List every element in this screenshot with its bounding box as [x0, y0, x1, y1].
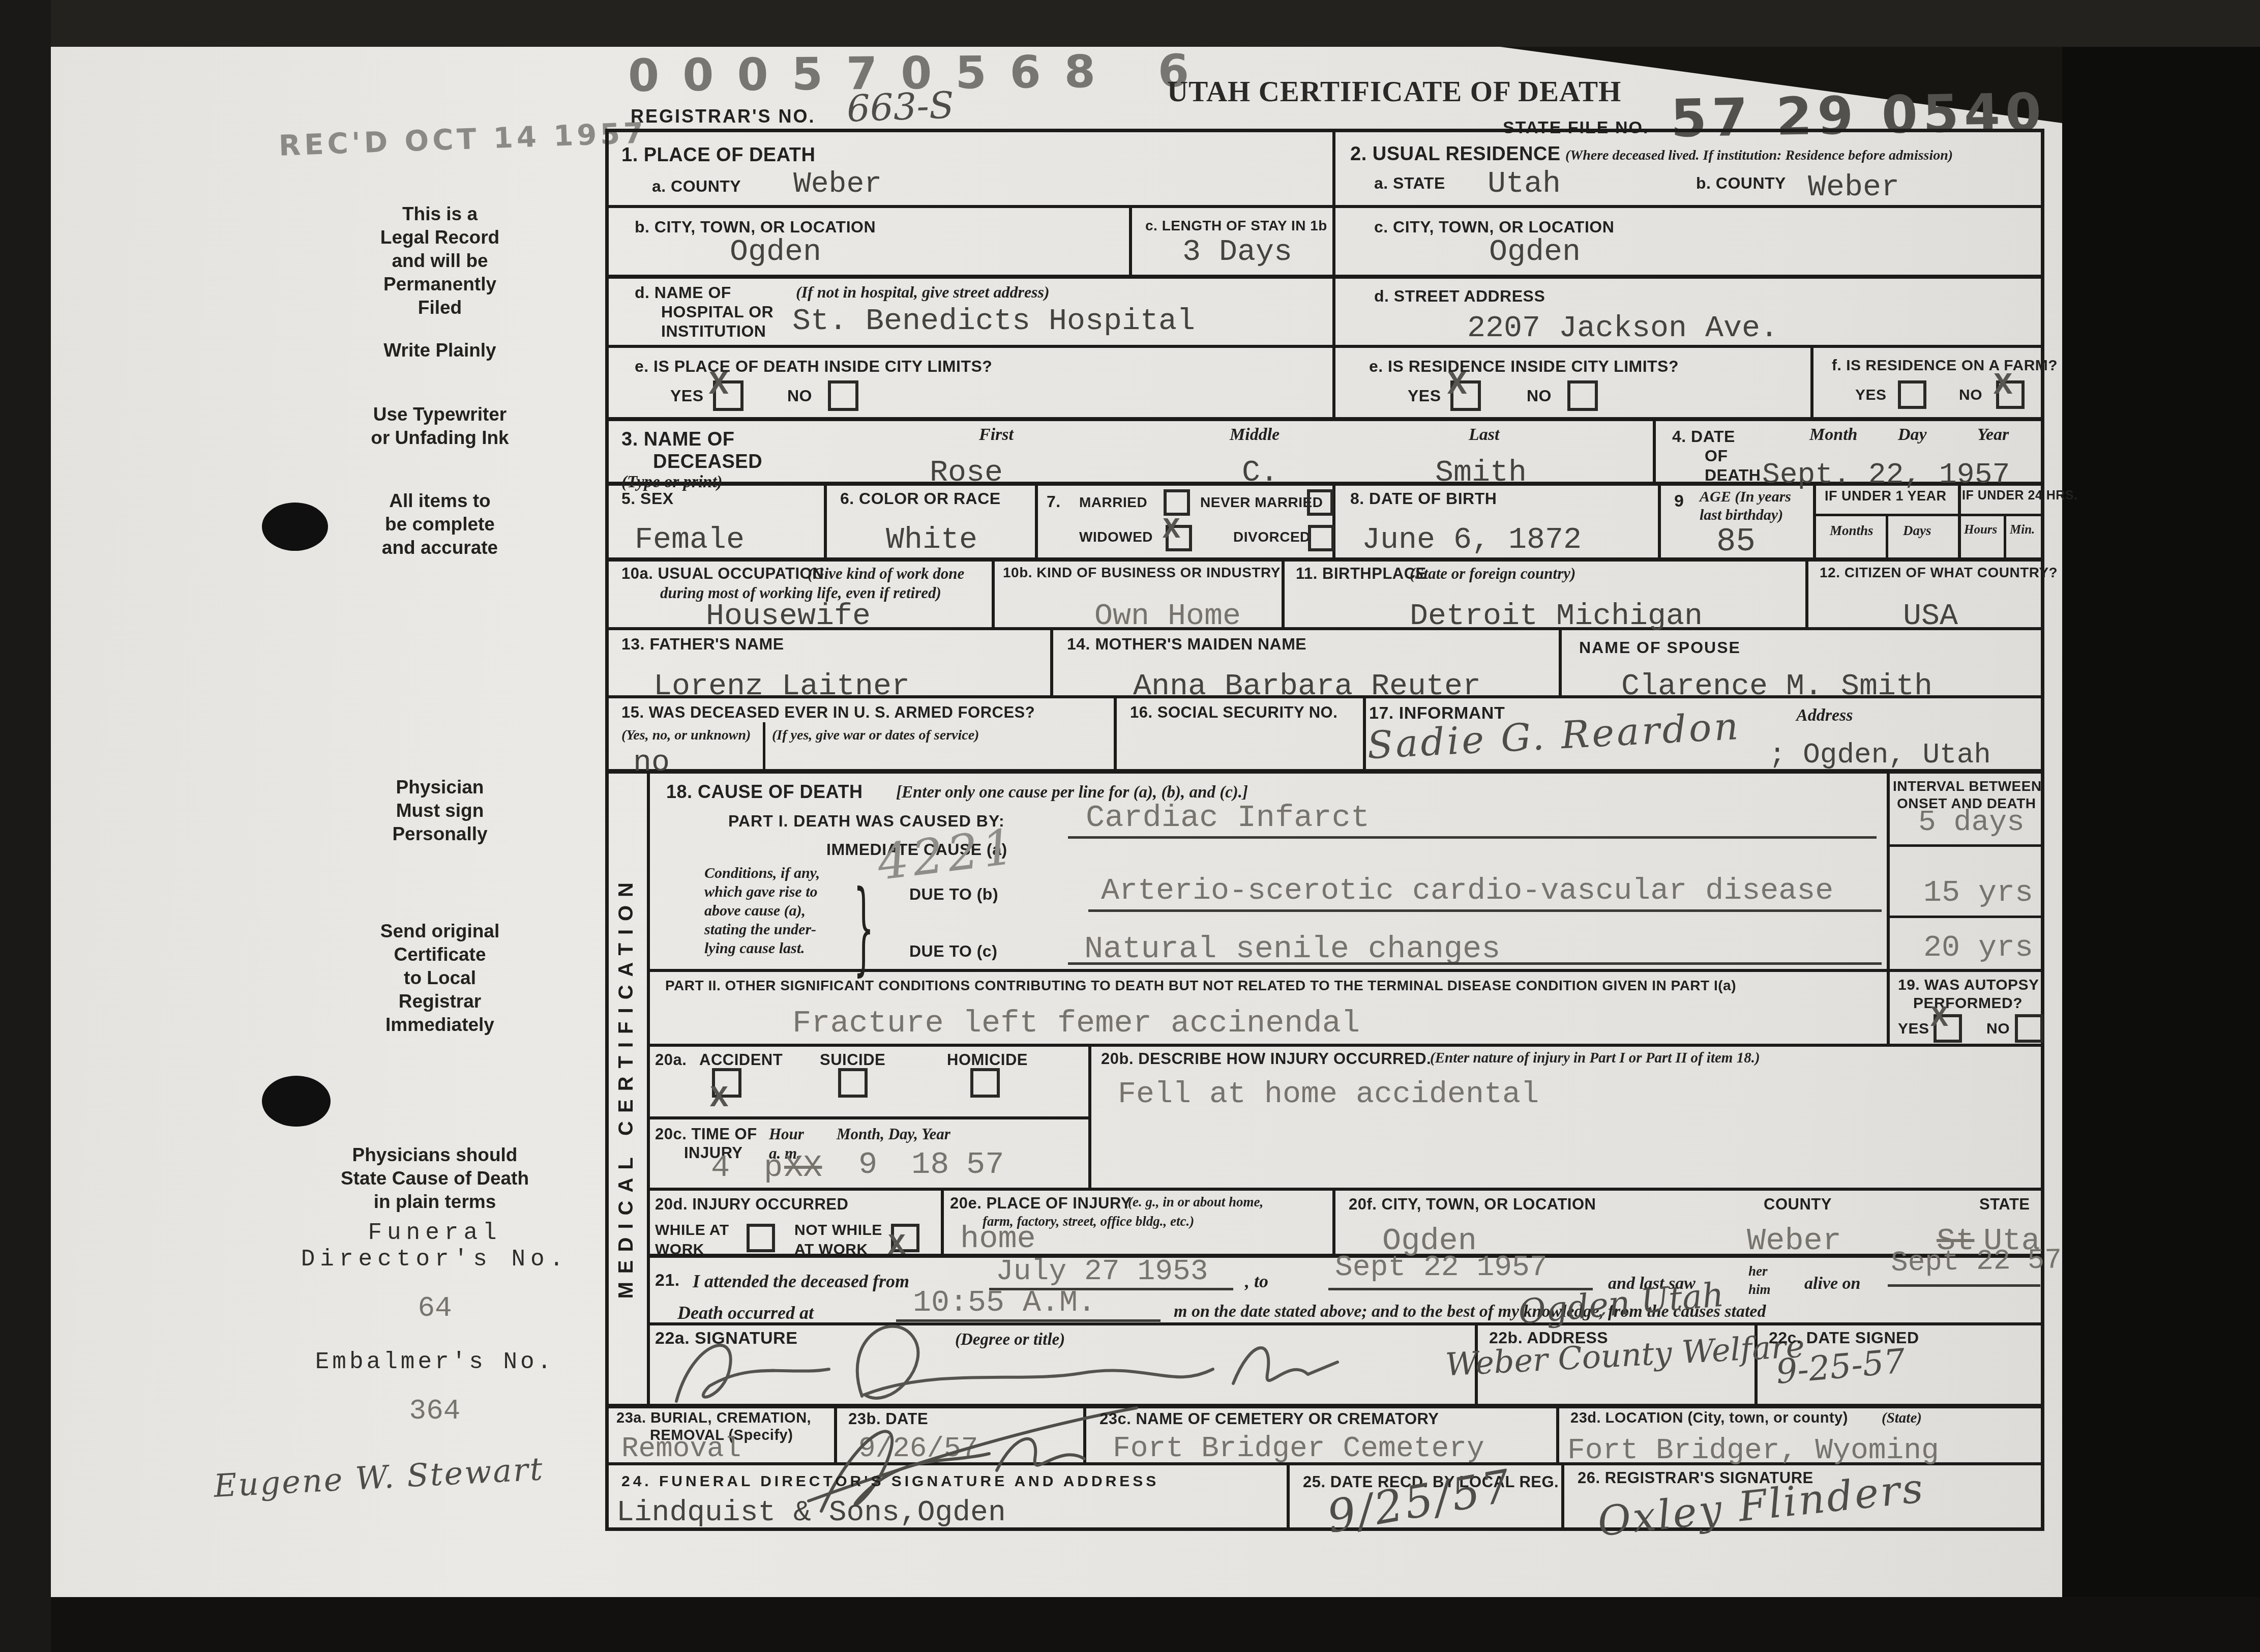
field-20f-label: 20f. CITY, TOWN, OR LOCATION [1349, 1195, 1596, 1214]
rule-line [1068, 836, 1877, 839]
state-label: STATE [1979, 1195, 2030, 1214]
checkbox-homicide [970, 1068, 1000, 1098]
last-name-label: Last [1469, 425, 1499, 445]
note-line: stating the under- [704, 920, 862, 939]
grid-line [647, 1044, 2044, 1047]
field-19-label: 19. WAS AUTOPSY [1898, 977, 2039, 994]
no-label: NO [787, 387, 812, 405]
checkbox-while-at-work [747, 1224, 775, 1252]
injury-ampm-value: p [764, 1149, 783, 1186]
no-label: NO [1986, 1020, 2010, 1038]
no-label: NO [1959, 387, 1982, 404]
month-label: Month [1809, 425, 1858, 445]
no-label: NO [1527, 387, 1552, 405]
months-label: Months [1830, 523, 1874, 539]
married-label: MARRIED [1079, 494, 1147, 511]
funeral-directors-no-label: Funeral Director's No. [257, 1220, 613, 1273]
margin-line: Legal Record [277, 226, 603, 249]
last-saw-value: Sept 22 57 [1890, 1244, 2062, 1279]
field-2c-value: Ogden [1489, 235, 1581, 270]
her-label: her [1748, 1263, 1768, 1279]
x-mark-widowed: X [1163, 514, 1180, 547]
x-mark-2f-no: X [1994, 367, 2012, 403]
grid-line [1813, 482, 1816, 557]
checkbox-divorced [1308, 525, 1334, 551]
field-20c-label: 20c. TIME OF [655, 1125, 757, 1143]
field-20e-value: home [960, 1221, 1036, 1257]
grid-line [1363, 695, 1366, 769]
interval-a-value: 5 days [1918, 806, 2025, 839]
field-23d-state-note: (State) [1882, 1410, 1922, 1427]
rule-line [1888, 1284, 2040, 1287]
x-mark-1e-yes: X [709, 367, 728, 404]
field-1d-value: St. Benedicts Hospital [792, 304, 1195, 339]
margin-line: Send original [277, 920, 603, 943]
scan-border-right [2062, 0, 2260, 1652]
suicide-label: SUICIDE [820, 1051, 885, 1069]
field-11-note: (State or foreign country) [1410, 565, 1575, 583]
while-at-work-label: WHILE AT [655, 1222, 729, 1239]
not-while-at-work-label: NOT WHILE [794, 1222, 882, 1239]
rule-line [1068, 962, 1882, 965]
field-1a-label: a. COUNTY [652, 177, 741, 196]
grid-line [1050, 627, 1053, 695]
field-2f-label: f. IS RESIDENCE ON A FARM? [1832, 357, 2058, 374]
cause-a-value: Cardiac Infarct [1086, 800, 1370, 836]
x-mark-19-yes: X [1930, 1002, 1948, 1035]
injury-month-value: 9 [858, 1146, 877, 1183]
field-20e-note: (e. g., in or about home, [1128, 1194, 1263, 1210]
grid-line [605, 345, 2044, 348]
field-2d-value: 2207 Jackson Ave. [1467, 311, 1778, 346]
registrars-no-value: 663-S [846, 83, 955, 130]
label-line: d. NAME OF [635, 283, 774, 302]
never-married-label: NEVER MARRIED [1200, 494, 1323, 511]
hour-label: Hour [769, 1125, 804, 1143]
grid-line [1810, 345, 1813, 417]
field-10a-note: (Give kind of work done [808, 565, 964, 583]
margin-all-items: All items to be complete and accurate [277, 489, 603, 559]
field-10b-value: Own Home [1094, 599, 1241, 634]
days-label: Days [1903, 523, 1931, 539]
yes-label: YES [670, 387, 704, 405]
grid-line [647, 769, 650, 1404]
field-20f-county-value: Weber [1747, 1223, 1841, 1259]
note-line: lying cause last. [704, 939, 862, 958]
grid-line [647, 1116, 1088, 1119]
margin-write-plainly: Write Plainly [277, 340, 603, 361]
margin-line: Physician [277, 776, 603, 799]
field-2-title: 2. USUAL RESIDENCE [1350, 143, 1561, 165]
injury-hour-value: 4 [711, 1149, 730, 1186]
grid-line [1114, 695, 1117, 769]
grid-line [1556, 1404, 1559, 1462]
field-10b-label: 10b. KIND OF BUSINESS OR INDUSTRY [1003, 565, 1281, 581]
field-2d-label: d. STREET ADDRESS [1374, 287, 1545, 306]
field-14-value: Anna Barbara Reuter [1133, 669, 1481, 704]
field-23d-label: 23d. LOCATION (City, town, or county) [1570, 1410, 1848, 1427]
checkbox-suicide [838, 1068, 868, 1098]
margin-line: Immediately [277, 1013, 603, 1037]
part2-label: PART II. OTHER SIGNIFICANT CONDITIONS CO… [665, 978, 1736, 994]
margin-line: Registrar [277, 990, 603, 1013]
margin-line: Certificate [277, 943, 603, 966]
field-4-label: 4. DATE [1672, 427, 1735, 446]
medical-certification-label: MEDICAL CERTIFICATION [615, 874, 638, 1299]
margin-line: Director's No. [257, 1246, 613, 1273]
field-13-value: Lorenz Laitner [653, 669, 910, 704]
checkbox-2e-no [1567, 380, 1598, 411]
not-while-at-work-label: AT WORK [794, 1241, 868, 1258]
field-12-label: 12. CITIZEN OF WHAT COUNTRY? [1820, 565, 2058, 581]
grid-line [824, 482, 827, 557]
grid-line [2004, 514, 2006, 557]
scanned-death-certificate: 000570568 6 REC'D OCT 14 1957 REGISTRAR'… [0, 0, 2260, 1652]
field-2a-label: a. STATE [1374, 174, 1445, 193]
field-10a-value: Housewife [706, 599, 871, 634]
document-title: UTAH CERTIFICATE OF DEATH [1167, 75, 1621, 108]
margin-line: Physicians should [257, 1143, 613, 1167]
field-1d-note: (If not in hospital, give street address… [796, 283, 1050, 302]
field-3-last-value: Smith [1435, 456, 1527, 490]
margin-line: and will be [277, 249, 603, 273]
note-line: Conditions, if any, [704, 864, 862, 882]
field-2b-label: b. COUNTY [1696, 174, 1786, 193]
margin-line: Permanently [277, 273, 603, 296]
label-line: INSTITUTION [635, 321, 774, 341]
checkbox-never-married [1307, 489, 1333, 516]
field-20b-note: (Enter nature of injury in Part I or Par… [1430, 1050, 1760, 1067]
attended-to-label: , to [1245, 1271, 1268, 1292]
funeral-directors-no-value: 64 [257, 1292, 613, 1324]
homicide-label: HOMICIDE [947, 1051, 1028, 1069]
field-15-note1: (Yes, no, or unknown) [621, 727, 751, 744]
field-1c-label: c. LENGTH OF STAY IN 1b [1145, 218, 1327, 234]
checkbox-2f-yes [1898, 380, 1926, 409]
field-23d-value: Fort Bridger, Wyoming [1567, 1434, 1939, 1467]
grid-line [1561, 1462, 1564, 1531]
alive-on-label: alive on [1804, 1274, 1860, 1293]
grid-line [1653, 417, 1656, 482]
interval-label: INTERVAL BETWEEN [1893, 778, 2042, 794]
spouse-value: Clarence M. Smith [1621, 669, 1932, 704]
margin-line: Funeral [257, 1220, 613, 1246]
interval-c-value: 20 yrs [1923, 931, 2033, 965]
margin-line: or Unfading Ink [277, 426, 603, 450]
field-13-label: 13. FATHER'S NAME [621, 635, 784, 654]
cause-b-value: Arterio-scerotic cardio-vascular disease [1101, 874, 1833, 908]
field-6-value: White [886, 523, 977, 557]
divorced-label: DIVORCED [1233, 529, 1311, 545]
label-line: 3. NAME OF [621, 428, 762, 451]
field-1a-value: Weber [793, 168, 882, 201]
field-19-label: PERFORMED? [1913, 995, 2023, 1012]
field-11-value: Detroit Michigan [1410, 599, 1703, 634]
note-line: above cause (a), [704, 901, 862, 920]
informant-address-value: ; Ogden, Utah [1769, 739, 1991, 771]
field-7-num: 7. [1047, 492, 1061, 511]
field-15-label: 15. WAS DECEASED EVER IN U. S. ARMED FOR… [621, 703, 1035, 722]
margin-line: Filed [277, 296, 603, 319]
grid-line [941, 1188, 944, 1254]
injury-day-value: 18 [911, 1146, 949, 1183]
field-10a-label: 10a. USUAL OCCUPATION [621, 565, 824, 583]
margin-legal-record-note: This is a Legal Record and will be Perma… [277, 202, 603, 319]
field-1c-value: 3 Days [1182, 235, 1292, 270]
field-23a-value: Removal [621, 1432, 741, 1465]
year-label: Year [1977, 425, 2009, 445]
field-15-note2: (If yes, give war or dates of service) [772, 727, 979, 744]
checkbox-1e-no [828, 380, 858, 411]
scan-border-bottom [0, 1597, 2260, 1652]
x-mark-2e-yes: X [1447, 367, 1467, 404]
grid-line [1886, 514, 1888, 557]
attended-from-value: July 27 1953 [996, 1255, 1208, 1288]
widowed-label: WIDOWED [1079, 529, 1153, 545]
grid-line [1958, 482, 1961, 557]
accident-label: ACCIDENT [699, 1051, 783, 1069]
grid-line [1805, 557, 1808, 627]
grid-line [1287, 1462, 1290, 1531]
note-line: which gave rise to [704, 882, 862, 901]
field-1-title: 1. PLACE OF DEATH [621, 144, 816, 166]
grid-line [1887, 769, 1890, 1044]
margin-line: Personally [277, 822, 603, 846]
rule-line [1088, 909, 1882, 912]
margin-line: Must sign [277, 799, 603, 822]
field-24-value: Lindquist & Sons,Ogden [616, 1496, 1006, 1529]
grid-line [992, 557, 995, 627]
him-label: him [1748, 1282, 1771, 1297]
grid-line [605, 205, 2044, 208]
field-24-label: 24. FUNERAL DIRECTOR'S SIGNATURE AND ADD… [621, 1473, 1159, 1490]
field-1b-value: Ogden [730, 235, 821, 270]
field-3-middle-value: C. [1242, 456, 1278, 490]
grid-line [605, 557, 2044, 562]
field-20d-label: 20d. INJURY OCCURRED [655, 1195, 848, 1214]
field-2e-label: e. IS RESIDENCE INSIDE CITY LIMITS? [1369, 357, 1679, 376]
field-20b-label: 20b. DESCRIBE HOW INJURY OCCURRED. [1101, 1050, 1431, 1068]
x-mark-not-while-at-work: X [888, 1230, 906, 1263]
hours-label: Hours [1964, 523, 1997, 537]
field-2-note: (Where deceased lived. If institution: R… [1565, 147, 1953, 164]
under-1-year-label: IF UNDER 1 YEAR [1825, 488, 1947, 504]
field-3-first-value: Rose [930, 456, 1003, 490]
due-to-b-label: DUE TO (b) [909, 885, 998, 904]
field-9-label: last birthday) [1700, 507, 1783, 524]
field-23c-value: Fort Bridger Cemetery [1113, 1432, 1484, 1465]
field-6-label: 6. COLOR OR RACE [840, 489, 1001, 508]
field-9-value: 85 [1716, 524, 1756, 560]
embalmers-no-value: 364 [257, 1395, 613, 1427]
margin-line: be complete [277, 513, 603, 536]
field-1d-label: d. NAME OF HOSPITAL OR INSTITUTION [635, 283, 774, 341]
yes-label: YES [1855, 387, 1887, 404]
field-14-label: 14. MOTHER'S MAIDEN NAME [1067, 635, 1306, 654]
label-line: DECEASED [621, 451, 762, 473]
yes-label: YES [1898, 1020, 1929, 1038]
margin-line: This is a [277, 202, 603, 226]
part2-value: Fracture left femer accinendal [792, 1005, 1360, 1041]
field-12-value: USA [1903, 599, 1958, 634]
grid-line [1129, 205, 1132, 275]
margin-line: Use Typewriter [277, 403, 603, 426]
address-label: Address [1796, 706, 1853, 725]
conditions-note: Conditions, if any, which gave rise to a… [704, 864, 862, 958]
field-18-title: 18. CAUSE OF DEATH [666, 781, 863, 803]
month-day-year-label: Month, Day, Year [837, 1125, 950, 1143]
x-mark-accident: X [710, 1081, 728, 1116]
field-20b-value: Fell at home accidental [1118, 1077, 1539, 1112]
margin-line: to Local [277, 966, 603, 990]
margin-line: and accurate [277, 536, 603, 559]
first-name-label: First [979, 425, 1014, 445]
min-label: Min. [2010, 523, 2035, 537]
middle-name-label: Middle [1230, 425, 1280, 445]
field-4-value: Sept. 22, 1957 [1762, 459, 2010, 492]
grid-line [763, 722, 765, 769]
grid-line [1887, 844, 2044, 847]
field-9-num: 9 [1674, 491, 1684, 511]
margin-use-typewriter: Use Typewriter or Unfading Ink [277, 403, 603, 450]
margin-physician-sign: Physician Must sign Personally [277, 776, 603, 846]
field-8-label: 8. DATE OF BIRTH [1350, 489, 1497, 508]
yes-label: YES [1408, 387, 1441, 405]
grid-line [1332, 129, 1335, 417]
field-1e-label: e. IS PLACE OF DEATH INSIDE CITY LIMITS? [635, 357, 992, 376]
field-2b-value: Weber [1808, 170, 1899, 205]
interval-b-value: 15 yrs [1923, 876, 2033, 910]
margin-plain-terms: Physicians should State Cause of Death i… [257, 1143, 613, 1214]
injury-ampm-strikeout: XX [784, 1149, 822, 1186]
punch-hole [262, 1076, 331, 1127]
grid-line [1887, 916, 2044, 918]
field-3-label: 3. NAME OF DECEASED [621, 428, 762, 473]
checkbox-19-no [2015, 1014, 2043, 1043]
field-21-num: 21. [655, 1271, 680, 1290]
grid-line [1035, 482, 1038, 557]
margin-line: State Cause of Death [257, 1167, 613, 1190]
registrars-no-label: REGISTRAR'S NO. [631, 106, 816, 127]
field-20e-label: 20e. PLACE OF INJURY [950, 1194, 1132, 1213]
attended-to-value: Sept 22 1957 [1335, 1251, 1548, 1284]
checkbox-married [1164, 489, 1190, 516]
cause-c-value: Natural senile changes [1084, 931, 1501, 967]
field-9-label: AGE (In years [1700, 488, 1791, 506]
injury-year-value: 57 [966, 1146, 1004, 1183]
county-label: COUNTY [1764, 1195, 1832, 1214]
field-16-label: 16. SOCIAL SECURITY NO. [1130, 703, 1337, 722]
grid-line [1332, 1188, 1335, 1254]
embalmers-no-label: Embalmer's No. [257, 1349, 613, 1375]
margin-line: All items to [277, 489, 603, 513]
scan-border-top [0, 0, 2260, 47]
grid-line [1282, 557, 1285, 627]
brace-glyph: } [853, 871, 874, 987]
field-1b-label: b. CITY, TOWN, OR LOCATION [635, 218, 876, 237]
under-24-hrs-label: IF UNDER 24 HRS. [1962, 488, 2077, 503]
grid-line [1559, 627, 1562, 695]
field-23c-label: 23c. NAME OF CEMETERY OR CREMATORY [1099, 1410, 1439, 1428]
grid-line [1658, 482, 1661, 557]
grid-line [1813, 514, 2044, 516]
margin-send-original: Send original Certificate to Local Regis… [277, 920, 603, 1037]
grid-line [647, 1188, 2044, 1191]
grid-line [605, 275, 2044, 279]
field-2a-value: Utah [1488, 167, 1561, 201]
due-to-c-label: DUE TO (c) [909, 942, 997, 961]
field-20a-num: 20a. [655, 1051, 687, 1069]
grid-line [605, 417, 2044, 421]
margin-line: in plain terms [257, 1190, 613, 1214]
label-line: HOSPITAL OR [635, 302, 774, 321]
while-at-work-label: WORK [655, 1241, 704, 1258]
scan-border-left [0, 0, 51, 1652]
field-5-value: Female [635, 523, 745, 557]
spouse-label: NAME OF SPOUSE [1579, 638, 1741, 657]
medical-certification-strip: MEDICAL CERTIFICATION [605, 769, 647, 1404]
field-2c-label: c. CITY, TOWN, OR LOCATION [1374, 218, 1614, 237]
field-11-label: 11. BIRTHPLACE [1296, 565, 1426, 583]
field-4-label: OF [1705, 447, 1728, 465]
day-label: Day [1898, 425, 1927, 445]
attended-from-label: I attended the deceased from [693, 1271, 909, 1292]
field-4-label: DEATH [1705, 466, 1761, 485]
field-8-value: June 6, 1872 [1362, 523, 1582, 557]
grid-line [1088, 1044, 1091, 1188]
field-5-label: 5. SEX [621, 489, 674, 508]
